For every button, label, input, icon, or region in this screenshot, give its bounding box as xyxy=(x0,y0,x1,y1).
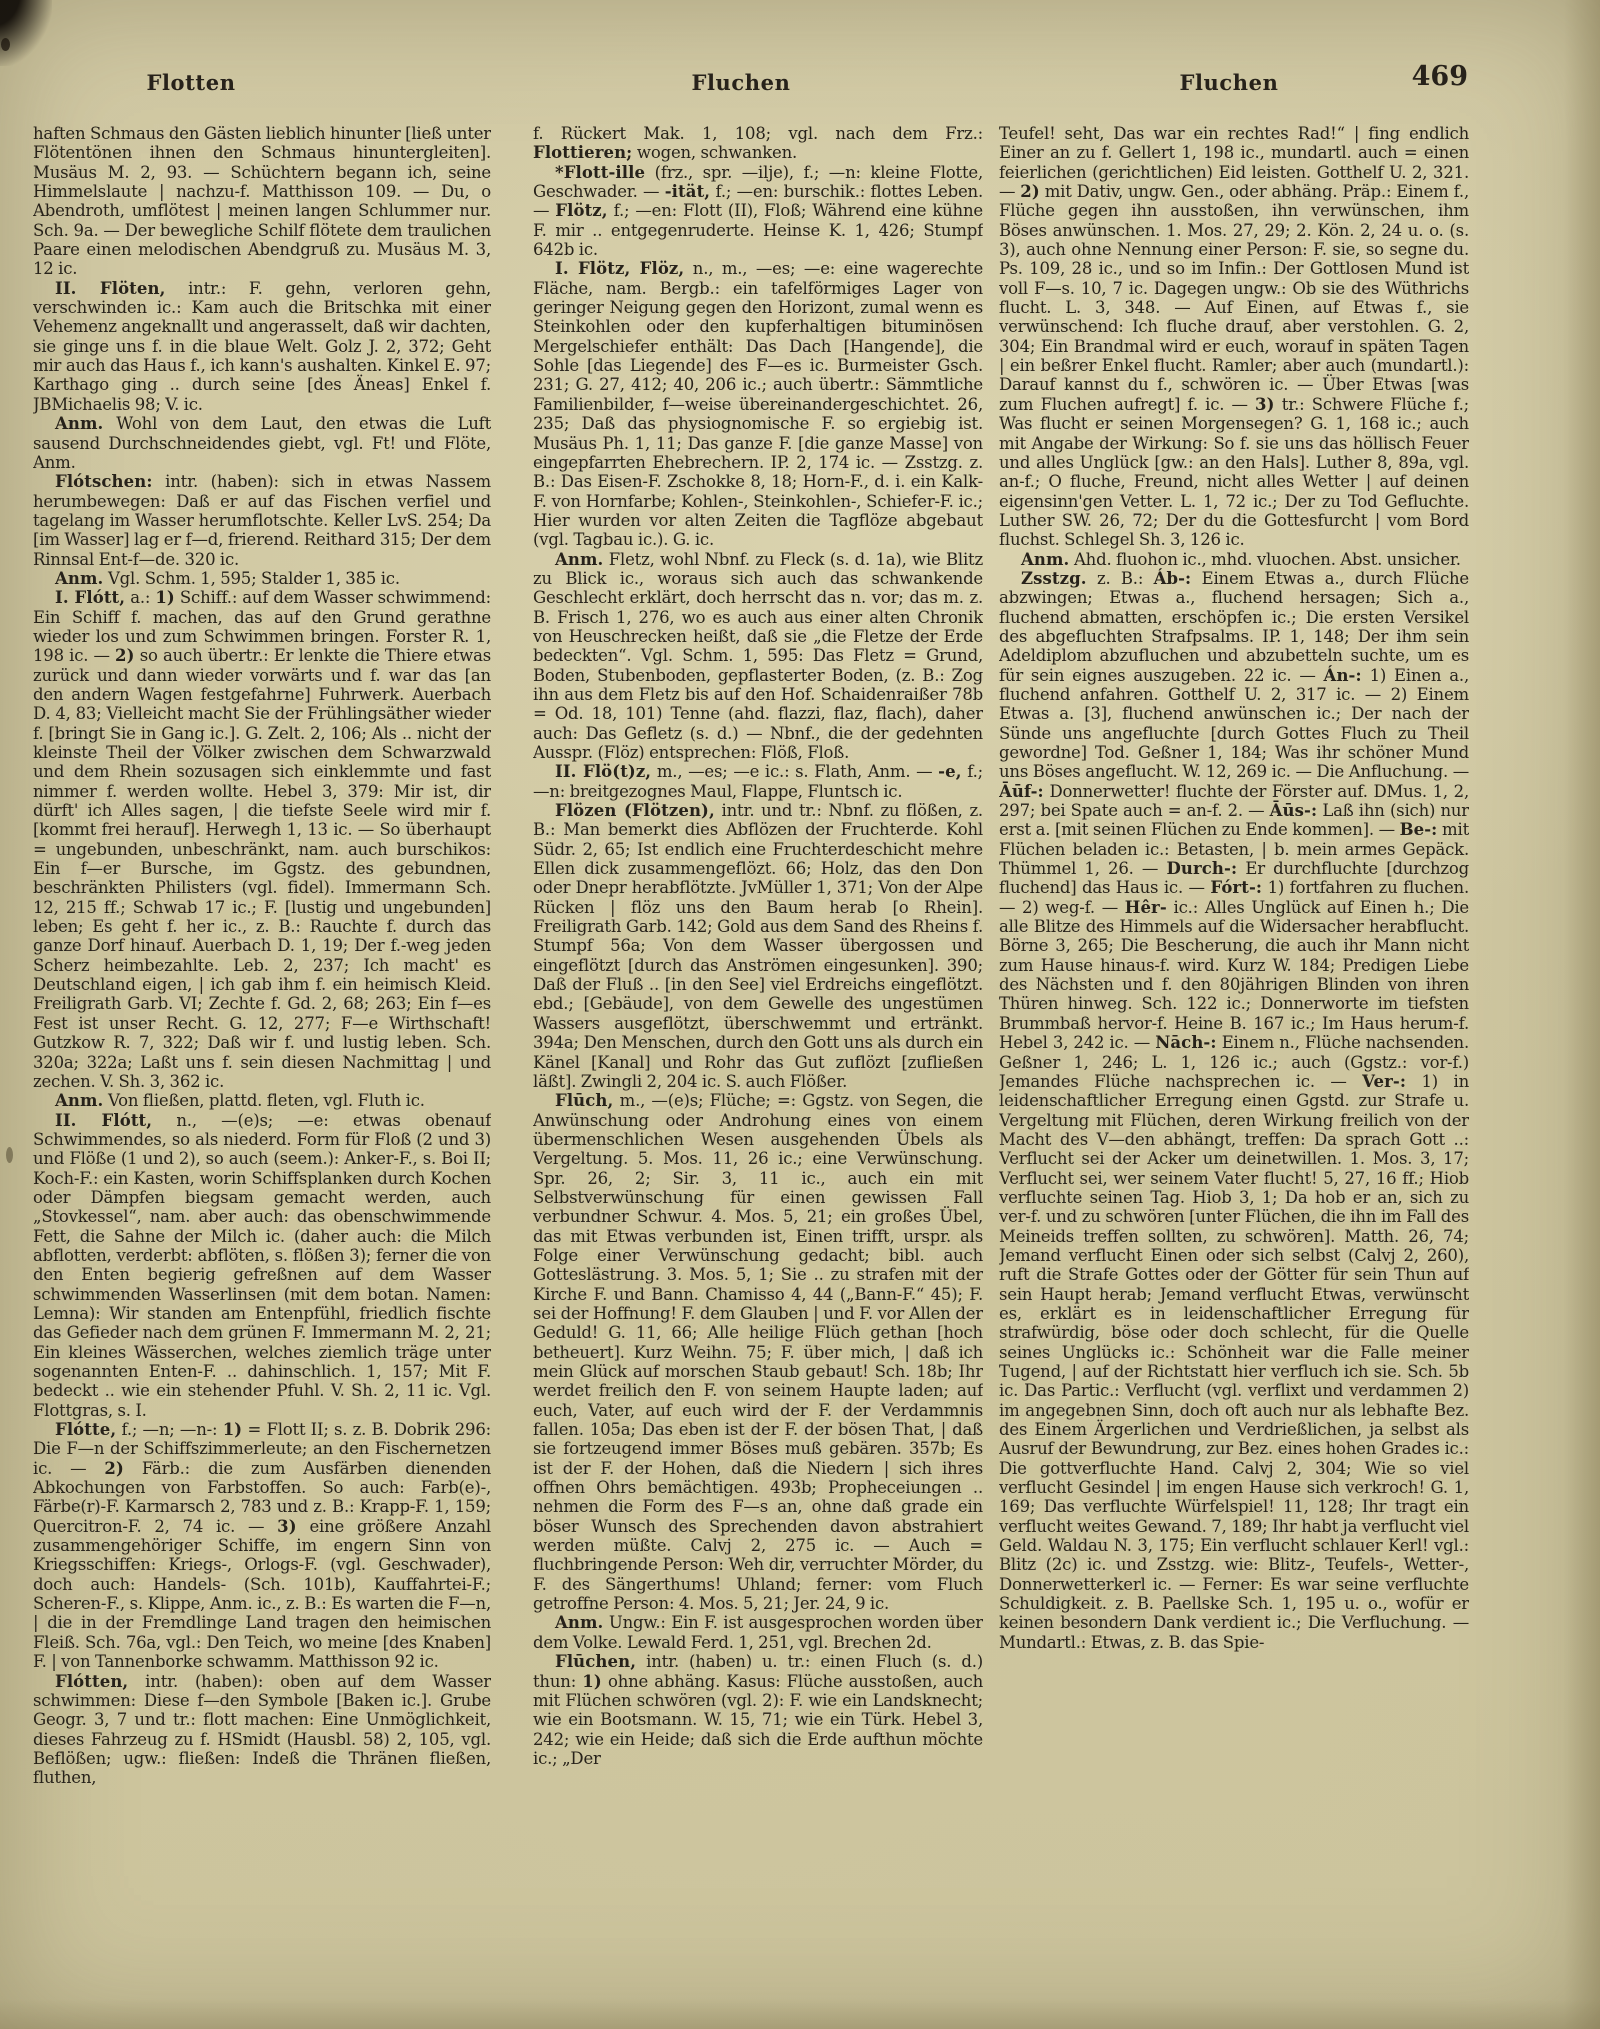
headword: *Flott-ille xyxy=(555,163,645,182)
entry-paragraph: II. Flöten, intr.: F. gehn, verloren geh… xyxy=(33,279,491,414)
headword: Flötz, xyxy=(555,201,607,220)
headword: I. Flótt, xyxy=(55,588,125,607)
entry-paragraph: f. Rückert Mak. 1, 108; vgl. nach dem Fr… xyxy=(533,124,983,163)
headword: II. Flótt, xyxy=(55,1111,152,1130)
headword: Durch-: xyxy=(1166,859,1237,878)
entry-paragraph: *Flott-ille (frz., spr. —ilje), f.; —n: … xyxy=(533,163,983,260)
page-number: 469 xyxy=(1380,61,1468,92)
headword: Zsstzg. xyxy=(1021,569,1087,588)
headword: Flottieren; xyxy=(533,143,632,162)
text-column-1: haften Schmaus den Gästen lieblich hinun… xyxy=(33,124,491,1906)
scan-corner-artifact xyxy=(0,0,52,66)
running-head-center: Fluchen xyxy=(666,70,816,95)
entry-paragraph: Anm. Ungw.: Ein F. ist ausgesprochen wor… xyxy=(533,1613,983,1652)
entry-paragraph: Flótten, intr. (haben): oben auf dem Was… xyxy=(33,1672,491,1788)
headword: II. Flöten, xyxy=(55,279,165,298)
entry-paragraph: Anm. Von fließen, plattd. fleten, vgl. F… xyxy=(33,1091,491,1110)
headword: 1) xyxy=(582,1672,602,1691)
entry-paragraph: II. Flótt, n., —(e)s; —e: etwas obenauf … xyxy=(33,1111,491,1421)
headword: Ver-: xyxy=(1362,1072,1406,1091)
headword: 3) xyxy=(1255,395,1275,414)
headword: Anm. xyxy=(55,569,103,588)
scanned-dictionary-page: Flotten Fluchen Fluchen 469 haften Schma… xyxy=(0,0,1600,2029)
entry-paragraph: I. Flötz, Flöz, n., m., —es; —e: eine wa… xyxy=(533,259,983,549)
entry-paragraph: Flótschen: intr. (haben): sich in etwas … xyxy=(33,472,491,569)
paper-speck xyxy=(1,38,10,51)
entry-paragraph: Flūchen, intr. (haben) u. tr.: einen Flu… xyxy=(533,1652,983,1768)
paper-edge-shadow xyxy=(0,1999,1600,2029)
headword: Anm. xyxy=(55,414,103,433)
headword: I. Flötz, Flöz, xyxy=(555,259,684,278)
entry-paragraph: Anm. Vgl. Schm. 1, 595; Stalder 1, 385 i… xyxy=(33,569,491,588)
headword: Be-: xyxy=(1400,820,1438,839)
entry-paragraph: Anm. Wohl von dem Laut, den etwas die Lu… xyxy=(33,414,491,472)
headword: 2) xyxy=(1020,182,1040,201)
headword: 1) xyxy=(155,588,175,607)
headword: Anm. xyxy=(555,550,603,569)
headword: Án-: xyxy=(1324,666,1362,685)
headword: Flótten, xyxy=(55,1672,128,1691)
headword: Fórt-: xyxy=(1210,878,1262,897)
entry-paragraph: Zsstzg. z. B.: Áb-: Einem Etwas a., durc… xyxy=(999,569,1469,1652)
running-head-left: Flotten xyxy=(116,70,266,95)
text-column-3: Teufel! seht, Das war ein rechtes Rad!“ … xyxy=(999,124,1469,1906)
headword: II. Flö(t)z, xyxy=(555,762,651,781)
text-columns: haften Schmaus den Gästen lieblich hinun… xyxy=(0,124,1600,1914)
headword: Flözen (Flötzen), xyxy=(555,801,715,820)
headword: 3) xyxy=(277,1517,297,1536)
entry-paragraph: Anm. Ahd. fluohon ic., mhd. vluochen. Ab… xyxy=(999,550,1469,569)
running-head-right: Fluchen xyxy=(1153,70,1305,95)
entry-paragraph: haften Schmaus den Gästen lieblich hinun… xyxy=(33,124,491,279)
entry-paragraph: Anm. Fletz, wohl Nbnf. zu Fleck (s. d. 1… xyxy=(533,550,983,763)
entry-paragraph: Flözen (Flötzen), intr. und tr.: Nbnf. z… xyxy=(533,801,983,1091)
entry-paragraph: II. Flö(t)z, m., —es; —e ic.: s. Flath, … xyxy=(533,762,983,801)
headword: Anm. xyxy=(555,1613,603,1632)
entry-paragraph: Flūch, m., —(e)s; Flüche; =: Ggstz. von … xyxy=(533,1091,983,1613)
headword: Āūf-: xyxy=(999,782,1044,801)
entry-paragraph: Teufel! seht, Das war ein rechtes Rad!“ … xyxy=(999,124,1469,550)
headword: Flūch, xyxy=(555,1091,613,1110)
text-column-2: f. Rückert Mak. 1, 108; vgl. nach dem Fr… xyxy=(533,124,983,1906)
headword: Nāch-: xyxy=(1155,1033,1216,1052)
headword: Anm. xyxy=(55,1091,103,1110)
headword: Flūchen, xyxy=(555,1652,636,1671)
headword: Áb-: xyxy=(1154,569,1192,588)
headword: Hêr- xyxy=(1125,898,1167,917)
entry-paragraph: Flótte, f.; —n; —n-: 1) = Flott II; s. z… xyxy=(33,1420,491,1671)
headword: 1) xyxy=(223,1420,243,1439)
headword: Anm. xyxy=(1021,550,1069,569)
headword: 2) xyxy=(104,1459,124,1478)
headword: Flótte, xyxy=(55,1420,116,1439)
headword: Āūs-: xyxy=(1270,801,1318,820)
headword: Flótschen: xyxy=(55,472,153,491)
entry-paragraph: I. Flótt, a.: 1) Schiff.: auf dem Wasser… xyxy=(33,588,491,1091)
headword: -e, xyxy=(938,762,961,781)
headword: -ität, xyxy=(665,182,710,201)
headword: 2) xyxy=(115,646,135,665)
